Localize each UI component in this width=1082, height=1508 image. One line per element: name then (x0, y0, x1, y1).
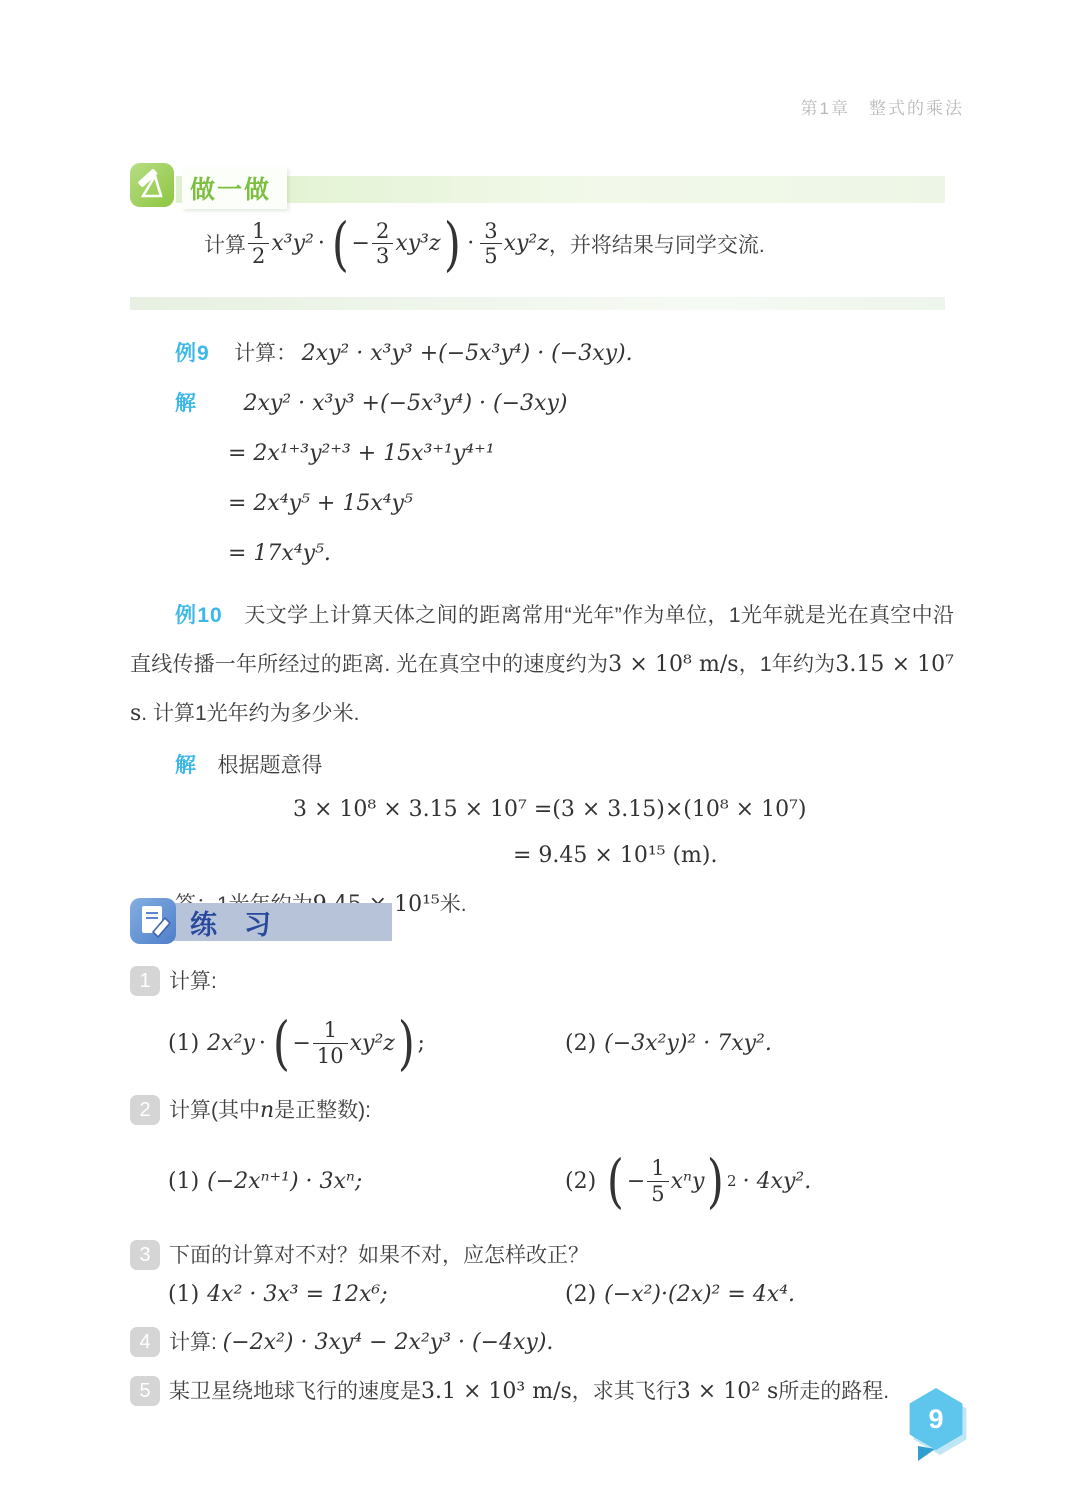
exercise-4-body: 计算: (−2x²) · 3xy⁴ − 2x²y³ · (−4xy). (169, 1327, 553, 1360)
label-text: 计算(其中 (169, 1099, 260, 1122)
example-9-prompt: 计算： (234, 342, 297, 365)
problem-text: . 计算1光年约为多少米. (141, 702, 359, 725)
page-number-badge: 9 (906, 1388, 972, 1462)
solution-step-2: = 2x⁴y⁵ + 15x⁴y⁵ (228, 486, 633, 523)
page-number: 9 (928, 1404, 943, 1435)
equation-text: = 9.45 × 10¹⁵ (m). (513, 843, 717, 868)
dot-operator: · (314, 231, 329, 256)
fraction: 12 (248, 219, 269, 268)
math-value: 3 × 10² s (677, 1379, 779, 1404)
math-var: n (260, 1098, 274, 1123)
solve-intro: 根据题意得 (217, 754, 322, 777)
do-formula: 计算 12 x³y² · ( − 23 xy³z ) · 35 xy²z ，并将… (204, 219, 765, 268)
fraction-numerator: 1 (313, 1018, 348, 1042)
fraction-denominator: 5 (647, 1181, 668, 1206)
solution-step: 2xy² · x³y³ +(−5x³y⁴) · (−3xy) (243, 391, 567, 416)
solve-label: 解 (175, 392, 197, 415)
example-9-label: 例9 (175, 342, 210, 365)
example-10: 例10 天文学上计算天体之间的距离常用“光年”作为单位，1光年就是光在真空中沿直… (130, 592, 954, 927)
example-9-solution-start: 解 2xy² · x³y³ +(−5x³y⁴) · (−3xy) (175, 386, 633, 423)
exercise-1-questions: (1) 2x²y · ( − 110 xy²z ) ; (2) (−3x²y)²… (168, 1007, 954, 1079)
exercise-number-badge: 1 (130, 966, 160, 996)
equation-line-1: 3 × 10⁸ × 3.15 × 10⁷ =(3 × 3.15)×(10⁸ × … (293, 788, 954, 834)
fraction-numerator: 2 (372, 219, 393, 243)
exercise-3-questions: (1) 4x² · 3x³ = 12x⁶; (2) (−x²)·(2x)² = … (168, 1277, 954, 1311)
do-title-band (176, 176, 945, 203)
practice-section: 练 习 1 计算: (1) 2x²y · ( − 110 xy²z ) ; (2… (130, 898, 954, 1409)
step-text: = 2x¹⁺³y²⁺³ + 15x³⁺¹y⁴⁺¹ (228, 441, 495, 466)
label-text: 所走的路程. (778, 1380, 889, 1403)
question-2-1: (1) (−2xⁿ⁺¹) · 3xⁿ; (168, 1169, 565, 1194)
example-9: 例9 计算： 2xy² · x³y³ +(−5x³y⁴) · (−3xy). 解… (175, 336, 633, 586)
label-text: 是正整数): (274, 1099, 371, 1122)
exercise-number-badge: 3 (130, 1240, 160, 1270)
fraction-denominator: 2 (248, 243, 269, 268)
notebook-pencil-icon (130, 898, 176, 944)
math-term: xy³z (395, 231, 440, 256)
fraction-numerator: 3 (480, 219, 501, 243)
question-3-2: (2) (−x²)·(2x)² = 4x⁴. (565, 1282, 795, 1307)
equation-line-2: = 9.45 × 10¹⁵ (m). (513, 834, 954, 880)
example-9-statement: 例9 计算： 2xy² · x³y³ +(−5x³y⁴) · (−3xy). (175, 336, 633, 373)
exercise-3: 3 下面的计算对不对？如果不对，应怎样改正？ (130, 1240, 954, 1271)
math-expression: · 4xy². (743, 1169, 812, 1194)
do-title-box: 做一做 (182, 167, 287, 209)
math-expression: (−2x²) · 3xy⁴ − 2x²y³ · (−4xy). (223, 1330, 554, 1355)
question-tag: (1) (168, 1282, 199, 1307)
fraction: 15 (647, 1156, 668, 1205)
question-tag: (2) (565, 1169, 596, 1194)
question-tag: (1) (168, 1031, 199, 1056)
step-text: = 2x⁴y⁵ + 15x⁴y⁵ (228, 491, 413, 516)
exercise-2-label: 计算(其中n是正整数): (169, 1095, 371, 1128)
equation-text: 3 × 10⁸ × 3.15 × 10⁷ =(3 × 3.15)×(10⁸ × … (293, 797, 807, 822)
fraction-denominator: 5 (480, 243, 501, 268)
math-expression: (−2xⁿ⁺¹) · 3xⁿ; (207, 1169, 362, 1194)
do-formula-prefix: 计算 (204, 229, 246, 259)
question-1-1: (1) 2x²y · ( − 110 xy²z ) ; (168, 1018, 565, 1067)
practice-header: 练 习 (130, 898, 954, 950)
exercise-number-badge: 2 (130, 1095, 160, 1125)
practice-title: 练 习 (190, 903, 271, 942)
label-text: 某卫星绕地球飞行的速度是 (169, 1380, 421, 1403)
example-10-solution-start: 解 根据题意得 (175, 746, 954, 788)
do-formula-suffix: ，并将结果与同学交流. (549, 229, 765, 259)
exercise-1: 1 计算: (130, 966, 954, 997)
label-text: ，求其飞行 (572, 1380, 677, 1403)
example-10-problem: 例10 天文学上计算天体之间的距离常用“光年”作为单位，1光年就是光在真空中沿直… (130, 592, 954, 739)
math-term: xy²z (504, 231, 549, 256)
exercise-5: 5 某卫星绕地球飞行的速度是3.1 × 10³ m/s，求其飞行3 × 10² … (130, 1376, 954, 1409)
exercise-2-questions: (1) (−2xⁿ⁺¹) · 3xⁿ; (2) ( − 15 xⁿy ) 2 ·… (168, 1138, 954, 1224)
exercise-number-badge: 5 (130, 1376, 160, 1406)
fraction-denominator: 10 (313, 1043, 348, 1068)
fraction-numerator: 1 (248, 219, 269, 243)
math-expression: (−x²)·(2x)² = 4x⁴. (604, 1282, 795, 1307)
fraction-denominator: 3 (372, 243, 393, 268)
example-9-expression: 2xy² · x³y³ +(−5x³y⁴) · (−3xy). (302, 341, 633, 366)
chapter-header: 第1章 整式的乘法 (801, 94, 964, 119)
exercise-5-body: 某卫星绕地球飞行的速度是3.1 × 10³ m/s，求其飞行3 × 10² s所… (169, 1376, 889, 1409)
question-3-1: (1) 4x² · 3x³ = 12x⁶; (168, 1282, 565, 1307)
dot-operator: · (463, 231, 478, 256)
question-tag: (2) (565, 1031, 596, 1056)
fraction: 23 (372, 219, 393, 268)
punctuation: ; (418, 1031, 425, 1056)
dot-operator: · (255, 1031, 270, 1056)
question-tag: (1) (168, 1169, 199, 1194)
math-value: 3.1 × 10³ m/s (421, 1379, 572, 1404)
textbook-page: 第1章 整式的乘法 做一做 计算 12 x³y² · ( − 23 xy³z )… (0, 0, 1082, 1508)
minus-sign: − (627, 1169, 645, 1194)
fraction-numerator: 1 (647, 1156, 668, 1180)
pencil-triangle-icon (130, 163, 174, 207)
step-text: = 17x⁴y⁵. (228, 541, 331, 566)
math-term: xy²z (350, 1031, 395, 1056)
fraction: 35 (480, 219, 501, 268)
math-value: 3 × 10⁸ m/s (608, 652, 738, 677)
solution-step-1: = 2x¹⁺³y²⁺³ + 15x³⁺¹y⁴⁺¹ (228, 436, 633, 473)
exercise-3-label: 下面的计算对不对？如果不对，应怎样改正？ (169, 1240, 589, 1271)
do-activity-section: 做一做 计算 12 x³y² · ( − 23 xy³z ) · 35 xy²z… (130, 163, 945, 310)
exercise-4: 4 计算: (−2x²) · 3xy⁴ − 2x²y³ · (−4xy). (130, 1327, 954, 1360)
label-text: 计算: (169, 1331, 223, 1354)
solution-step-3: = 17x⁴y⁵. (228, 536, 633, 573)
fraction: 110 (313, 1018, 348, 1067)
question-tag: (2) (565, 1282, 596, 1307)
do-bottom-band (130, 297, 945, 310)
power-superscript: 2 (727, 1172, 737, 1190)
math-expression: (−3x²y)² · 7xy². (604, 1031, 772, 1056)
exercise-number-badge: 4 (130, 1327, 160, 1357)
question-2-2: (2) ( − 15 xⁿy ) 2 · 4xy². (565, 1156, 811, 1205)
example-10-label: 例10 (175, 604, 223, 627)
minus-sign: − (352, 231, 370, 256)
math-term: x³y² (271, 231, 313, 256)
math-term: 2x²y (207, 1031, 255, 1056)
exercise-1-label: 计算: (169, 966, 217, 997)
exercise-2: 2 计算(其中n是正整数): (130, 1095, 954, 1128)
math-term: xⁿy (671, 1169, 705, 1194)
question-1-2: (2) (−3x²y)² · 7xy². (565, 1031, 772, 1056)
do-title: 做一做 (190, 176, 271, 204)
solve-label: 解 (175, 754, 197, 777)
minus-sign: − (292, 1031, 310, 1056)
problem-text: ，1年约为 (739, 653, 836, 676)
math-expression: 4x² · 3x³ = 12x⁶; (207, 1282, 387, 1307)
